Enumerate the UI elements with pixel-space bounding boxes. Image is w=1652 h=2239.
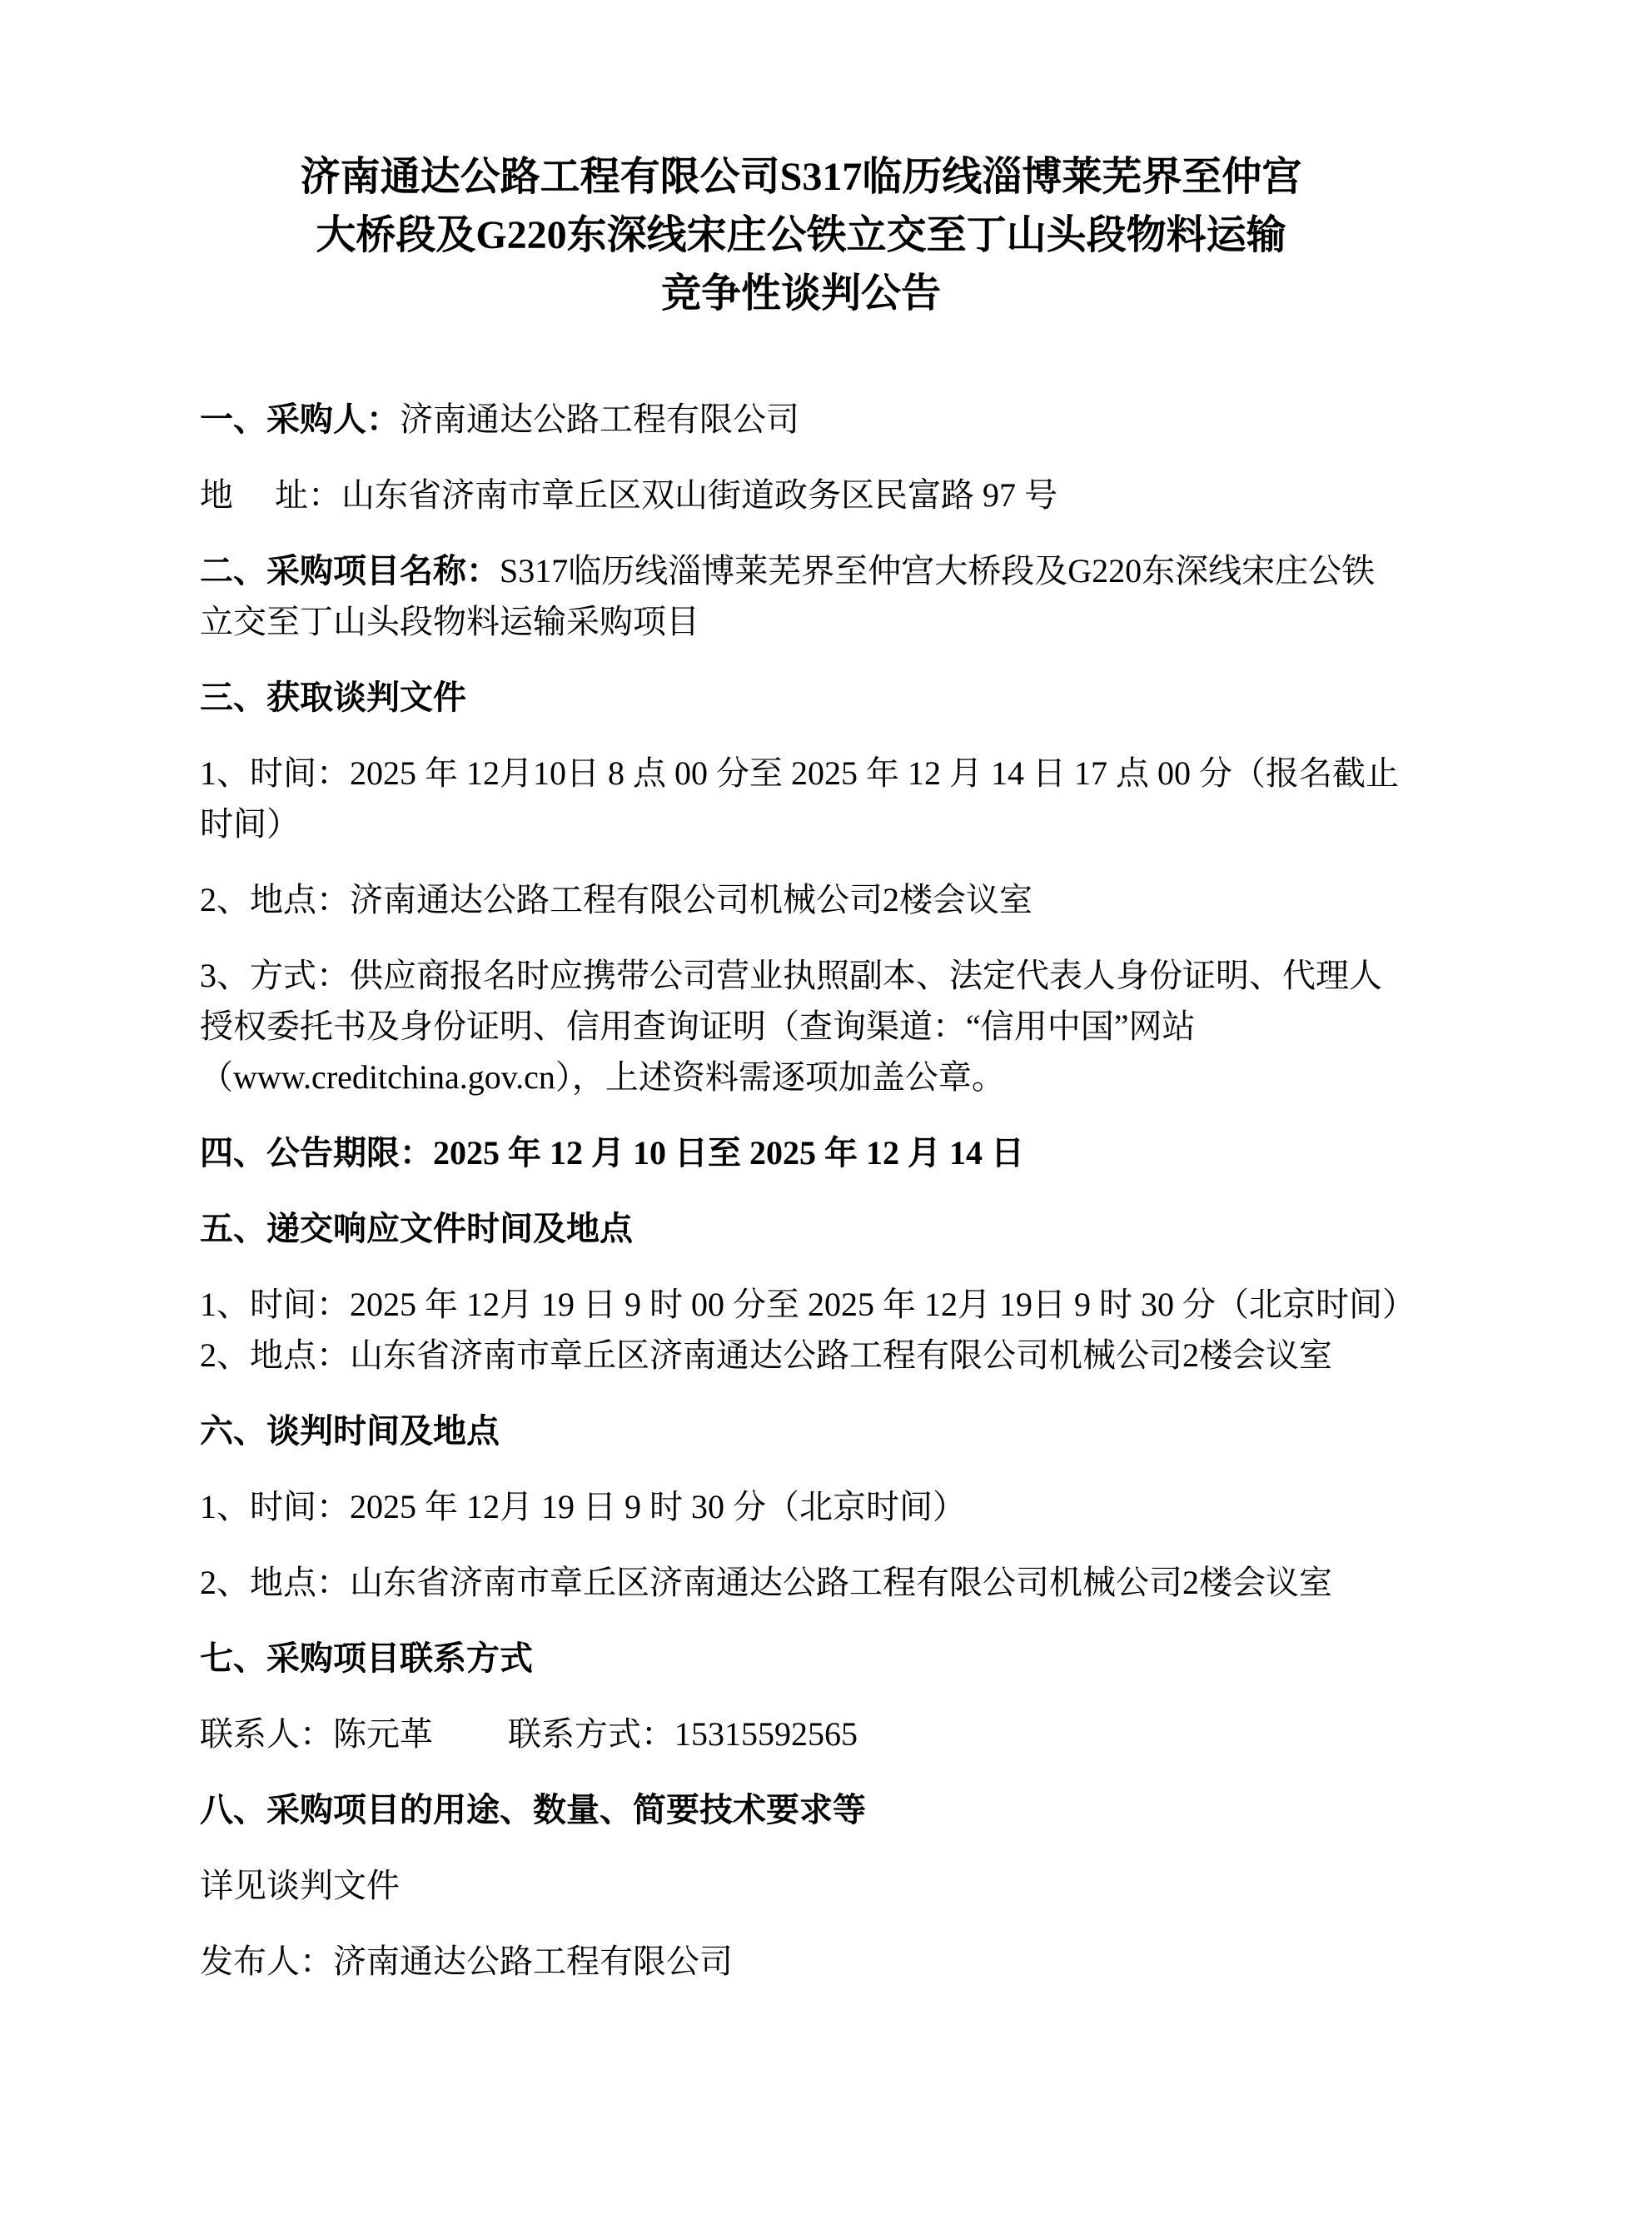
phone-number: 15315592565 [674, 1715, 858, 1753]
title-line-2: 大桥段及G220东深线宋庄公铁立交至丁山头段物料运输 [200, 206, 1402, 265]
publisher-value: 济南通达公路工程有限公司 [333, 1943, 733, 1980]
section5-items: 1、时间：2025 年 12月 19 日 9 时 00 分至 2025 年 12… [200, 1279, 1402, 1381]
section8-detail: 详见谈判文件 [200, 1860, 1402, 1911]
title-line-1: 济南通达公路工程有限公司S317临历线淄博莱芜界至仲宫 [200, 148, 1402, 206]
section3-heading: 三、获取谈判文件 [200, 672, 1402, 723]
project-name-label: 二、采购项目名称： [200, 552, 500, 590]
address-line: 地 址：山东省济南市章丘区双山街道政务区民富路 97 号 [200, 470, 1402, 520]
section7-heading: 七、采购项目联系方式 [200, 1633, 1402, 1684]
project-name-line: 二、采购项目名称：S317临历线淄博莱芜界至仲宫大桥段及G220东深线宋庄公铁立… [200, 545, 1402, 647]
purchaser-value: 济南通达公路工程有限公司 [400, 401, 799, 438]
section5-heading: 五、递交响应文件时间及地点 [200, 1203, 1402, 1254]
section6-item-place: 2、地点：山东省济南市章丘区济南通达公路工程有限公司机械公司2楼会议室 [200, 1557, 1402, 1608]
document-title: 济南通达公路工程有限公司S317临历线淄博莱芜界至仲宫 大桥段及G220东深线宋… [200, 148, 1402, 323]
phone-label: 联系方式： [508, 1715, 674, 1753]
title-line-3: 竞争性谈判公告 [200, 265, 1402, 323]
section5-item-place: 2、地点：山东省济南市章丘区济南通达公路工程有限公司机械公司2楼会议室 [200, 1330, 1402, 1381]
publisher-label: 发布人： [200, 1943, 333, 1980]
contact-name: 陈元革 [333, 1715, 433, 1753]
section5-item-time: 1、时间：2025 年 12月 19 日 9 时 00 分至 2025 年 12… [200, 1279, 1402, 1330]
section3-item-time: 1、时间：2025 年 12月10日 8 点 00 分至 2025 年 12 月… [200, 748, 1402, 849]
contact-line: 联系人：陈元革联系方式：15315592565 [200, 1709, 1402, 1759]
section6-item-time: 1、时间：2025 年 12月 19 日 9 时 30 分（北京时间） [200, 1481, 1402, 1532]
section3-item-place: 2、地点：济南通达公路工程有限公司机械公司2楼会议室 [200, 874, 1402, 925]
section4-heading: 四、公告期限：2025 年 12 月 10 日至 2025 年 12 月 14 … [200, 1127, 1402, 1178]
section8-heading: 八、采购项目的用途、数量、简要技术要求等 [200, 1784, 1402, 1835]
section3-item-method: 3、方式：供应商报名时应携带公司营业执照副本、法定代表人身份证明、代理人授权委托… [200, 950, 1402, 1102]
contact-label: 联系人： [200, 1715, 333, 1753]
section6-heading: 六、谈判时间及地点 [200, 1406, 1402, 1456]
document-page: 济南通达公路工程有限公司S317临历线淄博莱芜界至仲宫 大桥段及G220东深线宋… [0, 0, 1652, 2239]
purchaser-label: 一、采购人： [200, 401, 400, 438]
publisher-line: 发布人：济南通达公路工程有限公司 [200, 1936, 1402, 1987]
purchaser-line: 一、采购人：济南通达公路工程有限公司 [200, 394, 1402, 445]
